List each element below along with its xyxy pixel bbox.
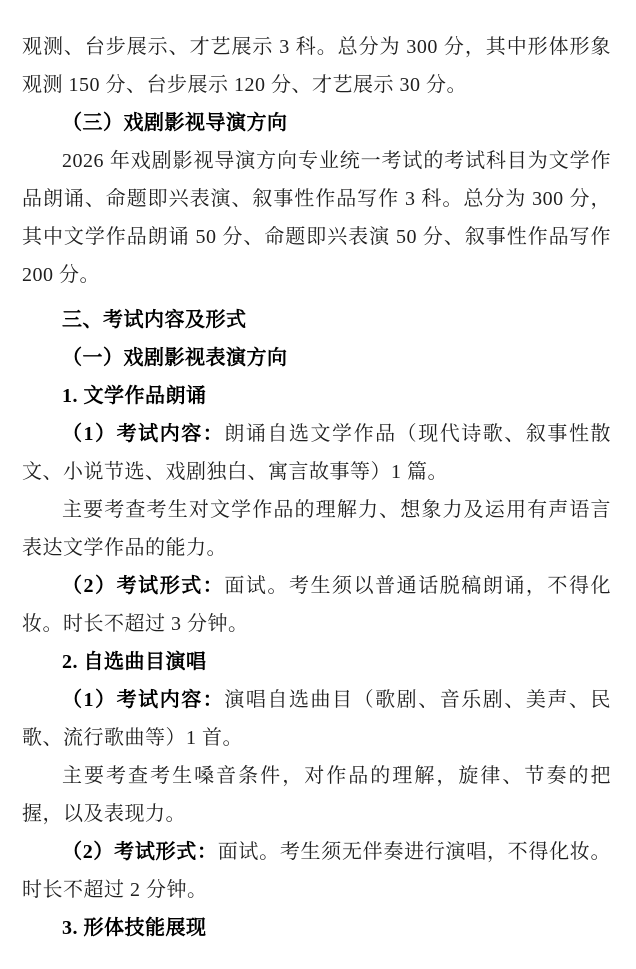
paragraph-text: 三、考试内容及形式	[62, 309, 247, 331]
paragraph-lead: （1）考试内容：	[62, 423, 224, 445]
paragraph-lead: （2）考试形式：	[62, 575, 224, 597]
paragraph-text: 主要考查考生对文学作品的理解力、想象力及运用有声语言表达文学作品的能力。	[22, 499, 611, 559]
heading-sub: （一）戏剧影视表演方向	[22, 339, 611, 377]
paragraph: （1）考试内容：演唱自选曲目（歌剧、音乐剧、美声、民歌、流行歌曲等）1 首。	[22, 681, 611, 757]
paragraph-text: 主要考查考生嗓音条件，对作品的理解，旋律、节奏的把握，以及表现力。	[22, 765, 611, 825]
heading-item: 2. 自选曲目演唱	[22, 643, 611, 681]
heading-item: 1. 文学作品朗诵	[22, 377, 611, 415]
heading-sub: （三）戏剧影视导演方向	[22, 104, 611, 142]
paragraph: （1）考试内容：朗诵自选文学作品（现代诗歌、叙事性散文、小说节选、戏剧独白、寓言…	[22, 415, 611, 491]
paragraph: 主要考查考生嗓音条件，对作品的理解，旋律、节奏的把握，以及表现力。	[22, 757, 611, 833]
heading-main: 三、考试内容及形式	[22, 301, 611, 339]
document-body: 观测、台步展示、才艺展示 3 科。总分为 300 分，其中形体形象观测 150 …	[0, 0, 636, 947]
document-page: 观测、台步展示、才艺展示 3 科。总分为 300 分，其中形体形象观测 150 …	[0, 0, 636, 969]
paragraph-text: 2. 自选曲目演唱	[62, 651, 207, 673]
paragraph-lead: （2）考试形式：	[62, 841, 218, 863]
paragraph: 2026 年戏剧影视导演方向专业统一考试的考试科目为文学作品朗诵、命题即兴表演、…	[22, 142, 611, 294]
heading-item: 3. 形体技能展现	[22, 909, 611, 947]
paragraph-text: （一）戏剧影视表演方向	[62, 347, 288, 369]
paragraph-text: 观测、台步展示、才艺展示 3 科。总分为 300 分，其中形体形象观测 150 …	[22, 36, 611, 96]
paragraph-text: 3. 形体技能展现	[62, 917, 207, 939]
paragraph: 主要考查考生对文学作品的理解力、想象力及运用有声语言表达文学作品的能力。	[22, 491, 611, 567]
paragraph-lead: （1）考试内容：	[62, 689, 224, 711]
paragraph: （2）考试形式：面试。考生须以普通话脱稿朗诵，不得化妆。时长不超过 3 分钟。	[22, 567, 611, 643]
paragraph-text: （三）戏剧影视导演方向	[62, 112, 288, 134]
paragraph: 观测、台步展示、才艺展示 3 科。总分为 300 分，其中形体形象观测 150 …	[22, 28, 611, 104]
paragraph: （2）考试形式：面试。考生须无伴奏进行演唱，不得化妆。时长不超过 2 分钟。	[22, 833, 611, 909]
paragraph-text: 1. 文学作品朗诵	[62, 385, 207, 407]
paragraph-text: 2026 年戏剧影视导演方向专业统一考试的考试科目为文学作品朗诵、命题即兴表演、…	[22, 150, 611, 286]
